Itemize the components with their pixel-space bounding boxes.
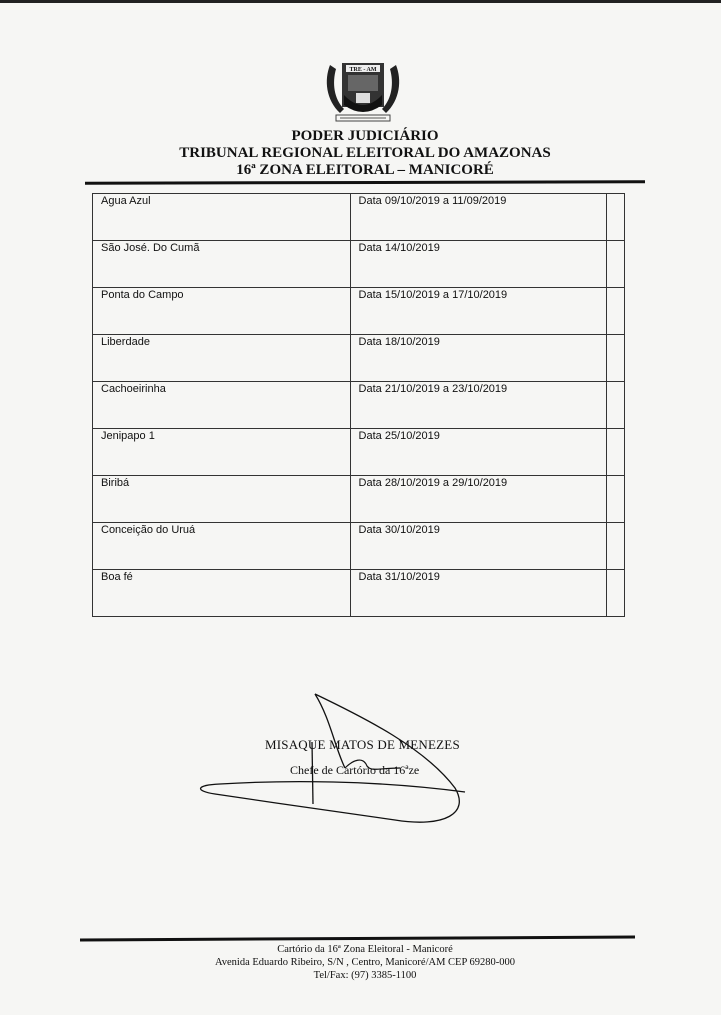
svg-text:TRE - AM: TRE - AM — [350, 67, 377, 73]
empty-cell — [607, 241, 625, 288]
date-cell: Data 15/10/2019 a 17/10/2019 — [350, 288, 607, 335]
table-row: Biribá Data 28/10/2019 a 29/10/2019 — [93, 476, 625, 523]
table-row: Ponta do Campo Data 15/10/2019 a 17/10/2… — [93, 288, 625, 335]
document-footer: Cartório da 16ª Zona Eleitoral - Manicor… — [160, 943, 570, 982]
location-cell: Ponta do Campo — [93, 288, 351, 335]
date-cell: Data 18/10/2019 — [350, 335, 607, 382]
location-cell: Conceição do Uruá — [93, 523, 351, 570]
table-row: São José. Do Cumã Data 14/10/2019 — [93, 241, 625, 288]
date-cell: Data 30/10/2019 — [350, 523, 607, 570]
table-row: Conceição do Uruá Data 30/10/2019 — [93, 523, 625, 570]
court-coat-of-arms-icon: TRE - AM — [322, 55, 404, 127]
signatory-role: Chefe de Cartório da 16ªze — [290, 763, 419, 778]
footer-office: Cartório da 16ª Zona Eleitoral - Manicor… — [160, 943, 570, 956]
table-row: Liberdade Data 18/10/2019 — [93, 335, 625, 382]
date-cell: Data 31/10/2019 — [350, 570, 607, 617]
location-cell: Liberdade — [93, 335, 351, 382]
table-row: Jenipapo 1 Data 25/10/2019 — [93, 429, 625, 476]
location-cell: Jenipapo 1 — [93, 429, 351, 476]
empty-cell — [607, 429, 625, 476]
table-row: Boa fé Data 31/10/2019 — [93, 570, 625, 617]
date-cell: Data 28/10/2019 a 29/10/2019 — [350, 476, 607, 523]
date-cell: Data 09/10/2019 a 11/09/2019 — [350, 194, 607, 241]
page-top-edge — [0, 0, 721, 3]
document-header: PODER JUDICIÁRIO TRIBUNAL REGIONAL ELEIT… — [140, 128, 590, 179]
schedule-table: Agua Azul Data 09/10/2019 a 11/09/2019 S… — [92, 193, 625, 617]
footer-rule — [80, 936, 635, 942]
header-line-1: PODER JUDICIÁRIO — [140, 128, 590, 145]
location-cell: Cachoeirinha — [93, 382, 351, 429]
footer-address: Avenida Eduardo Ribeiro, S/N , Centro, M… — [160, 956, 570, 969]
empty-cell — [607, 382, 625, 429]
signatory-name: MISAQUE MATOS DE MENEZES — [265, 737, 460, 753]
header-line-2: TRIBUNAL REGIONAL ELEITORAL DO AMAZONAS — [140, 145, 590, 162]
location-cell: Agua Azul — [93, 194, 351, 241]
location-cell: Boa fé — [93, 570, 351, 617]
location-cell: Biribá — [93, 476, 351, 523]
table-row: Agua Azul Data 09/10/2019 a 11/09/2019 — [93, 194, 625, 241]
table-row: Cachoeirinha Data 21/10/2019 a 23/10/201… — [93, 382, 625, 429]
empty-cell — [607, 335, 625, 382]
header-rule — [85, 180, 645, 184]
empty-cell — [607, 570, 625, 617]
handwritten-signature — [195, 688, 475, 828]
date-cell: Data 14/10/2019 — [350, 241, 607, 288]
empty-cell — [607, 476, 625, 523]
date-cell: Data 25/10/2019 — [350, 429, 607, 476]
date-cell: Data 21/10/2019 a 23/10/2019 — [350, 382, 607, 429]
empty-cell — [607, 288, 625, 335]
empty-cell — [607, 523, 625, 570]
empty-cell — [607, 194, 625, 241]
location-cell: São José. Do Cumã — [93, 241, 351, 288]
header-line-3: 16ª ZONA ELEITORAL – MANICORÉ — [140, 162, 590, 179]
footer-phone: Tel/Fax: (97) 3385-1100 — [160, 969, 570, 982]
